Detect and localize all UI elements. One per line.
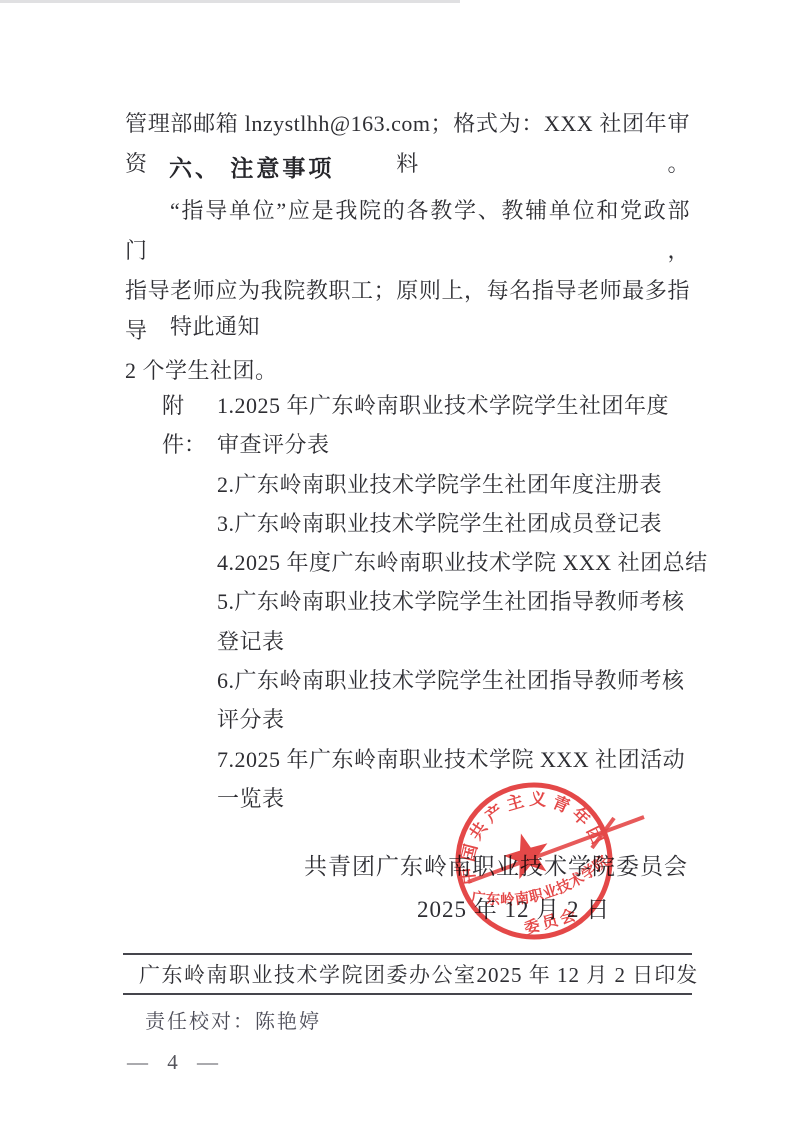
section-heading: 六、 注意事项 (169, 150, 334, 183)
attachment-line: 7.2025 年广东岭南职业技术学院 XXX 社团活动 (217, 740, 692, 779)
print-date: 2025 年 12 月 2 日印发 (477, 959, 705, 989)
attachments-block: 附件： 1.2025 年广东岭南职业技术学院学生社团年度审查评分表2.广东岭南职… (162, 386, 692, 818)
attachments-list: 1.2025 年广东岭南职业技术学院学生社团年度审查评分表2.广东岭南职业技术学… (217, 386, 692, 818)
attachment-line: 评分表 (217, 700, 692, 739)
notes-line: 2 个学生社团。 (125, 351, 690, 391)
signature-organization: 共青团广东岭南职业技术学院委员会 (304, 848, 688, 881)
scan-edge-artifact (0, 0, 460, 3)
proofreader-line: 责任校对：陈艳婷 (145, 1005, 321, 1034)
signature-date: 2025 年 12 月 2 日 (417, 891, 610, 924)
attachment-line: 1.2025 年广东岭南职业技术学院学生社团年度 (217, 386, 692, 425)
attachment-line: 3.广东岭南职业技术学院学生社团成员登记表 (217, 504, 692, 543)
issuing-office: 广东岭南职业技术学院团委办公室 (123, 959, 477, 989)
attachment-line: 2.广东岭南职业技术学院学生社团年度注册表 (217, 465, 692, 504)
colophon-bar: 广东岭南职业技术学院团委办公室 2025 年 12 月 2 日印发 (123, 953, 692, 995)
attachment-line: 审查评分表 (217, 425, 692, 464)
seal-stray-slash (592, 818, 614, 848)
page-number: — 4 — (127, 1050, 225, 1075)
attachment-line: 5.广东岭南职业技术学院学生社团指导教师考核 (217, 582, 692, 621)
notes-paragraph: “指导单位”应是我院的各教学、教辅单位和党政部门，指导老师应为我院教职工；原则上… (125, 191, 690, 391)
attachments-label: 附件： (162, 386, 217, 464)
attachment-line: 6.广东岭南职业技术学院学生社团指导教师考核 (217, 661, 692, 700)
document-page: 管理部邮箱 lnzystlhh@163.com；格式为：XXX 社团年审资料。 … (0, 0, 800, 1134)
attachment-line: 4.2025 年度广东岭南职业技术学院 XXX 社团总结 (217, 543, 692, 582)
notes-line: “指导单位”应是我院的各教学、教辅单位和党政部门， (125, 191, 690, 271)
closing-phrase: 特此通知 (170, 307, 260, 347)
attachment-line: 登记表 (217, 622, 692, 661)
attachment-line: 一览表 (217, 779, 692, 818)
